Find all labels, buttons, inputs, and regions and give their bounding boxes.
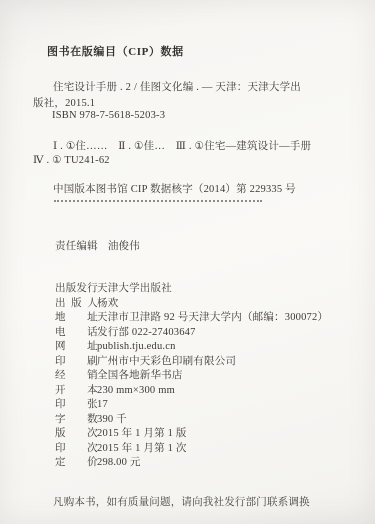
colophon-row-publisher: 出版发行天津大学出版社	[55, 282, 328, 297]
colophon-row-publisher-person: 出 版 人杨欢	[55, 297, 328, 312]
colophon-label: 定 价	[55, 456, 97, 471]
colophon-label: 出 版 人	[55, 297, 97, 312]
editor-line: 责任编辑油俊伟	[55, 238, 140, 253]
cip-title-line1: 住宅设计手册 . 2 / 佳图文化编 . — 天津：天津大学出	[53, 79, 301, 94]
isbn-line: ISBN 978-7-5618-5203-3	[52, 110, 165, 121]
editor-name: 油俊伟	[108, 241, 140, 252]
colophon-label: 地 址	[55, 311, 97, 326]
colophon-row-address: 地 址天津市卫津路 92 号天津大学内（邮编：300072）	[55, 311, 328, 326]
colophon-label: 版 次	[55, 427, 97, 442]
classification-line2: Ⅳ . ① TU241-62	[33, 154, 110, 166]
colophon-row-printing: 印 次2015 年 1 月第 1 次	[55, 442, 328, 457]
colophon-row-format: 开 本230 mm×300 mm	[55, 384, 328, 399]
dotted-divider	[54, 200, 262, 202]
colophon-value: 杨欢	[97, 297, 118, 312]
colophon-label: 开 本	[55, 384, 97, 399]
colophon-value: 广州市中天彩色印刷有限公司	[97, 355, 236, 370]
colophon-label: 印 刷	[55, 355, 97, 370]
colophon-value: 230 mm×300 mm	[97, 384, 175, 399]
colophon-row-phone: 电 话发行部 022-27403647	[55, 326, 328, 341]
cip-header: 图书在版编目（CIP）数据	[47, 43, 184, 59]
colophon-label: 电 话	[55, 326, 97, 341]
colophon-value: 390 千	[97, 413, 127, 428]
classification-line1: Ⅰ . ①住…… Ⅱ . ①佳… Ⅲ . ①住宅—建筑设计—手册	[53, 138, 311, 153]
colophon-value: 天津市卫津路 92 号天津大学内（邮编：300072）	[97, 311, 328, 326]
cip-title-line2: 版社，2015.1	[33, 95, 95, 110]
colophon-value: 17	[97, 398, 108, 413]
colophon-value: 全国各地新华书店	[97, 369, 183, 384]
colophon-row-printer: 印 刷广州市中天彩色印刷有限公司	[55, 355, 328, 370]
colophon-row-sheets: 印 张17	[55, 398, 328, 413]
colophon-label: 网 址	[55, 340, 97, 355]
quality-note: 凡购本书，如有质量问题，请向我社发行部门联系调换	[53, 494, 310, 509]
colophon-row-wordcount: 字 数390 千	[55, 413, 328, 428]
colophon-value: 天津大学出版社	[97, 282, 172, 297]
colophon-row-price: 定 价298.00 元	[55, 456, 328, 471]
colophon-value: 发行部 022-27403647	[97, 326, 196, 341]
colophon-label: 出版发行	[55, 282, 97, 297]
copyright-page: 图书在版编目（CIP）数据 住宅设计手册 . 2 / 佳图文化编 . — 天津：…	[0, 0, 375, 524]
cip-record-number: 中国版本图书馆 CIP 数据核字（2014）第 229335 号	[53, 181, 296, 196]
colophon-block: 出版发行天津大学出版社 出 版 人杨欢 地 址天津市卫津路 92 号天津大学内（…	[55, 282, 328, 471]
colophon-value: 2015 年 1 月第 1 版	[97, 427, 187, 442]
colophon-value: 298.00 元	[97, 456, 141, 471]
colophon-row-edition: 版 次2015 年 1 月第 1 版	[55, 427, 328, 442]
colophon-row-website: 网 址publish.tju.edu.cn	[55, 340, 328, 355]
colophon-label: 印 张	[55, 398, 97, 413]
colophon-row-distributor: 经 销全国各地新华书店	[55, 369, 328, 384]
colophon-value: 2015 年 1 月第 1 次	[97, 442, 187, 457]
editor-label: 责任编辑	[55, 241, 98, 252]
colophon-value: publish.tju.edu.cn	[97, 340, 176, 355]
colophon-label: 经 销	[55, 369, 97, 384]
colophon-label: 字 数	[55, 413, 97, 428]
colophon-label: 印 次	[55, 442, 97, 457]
